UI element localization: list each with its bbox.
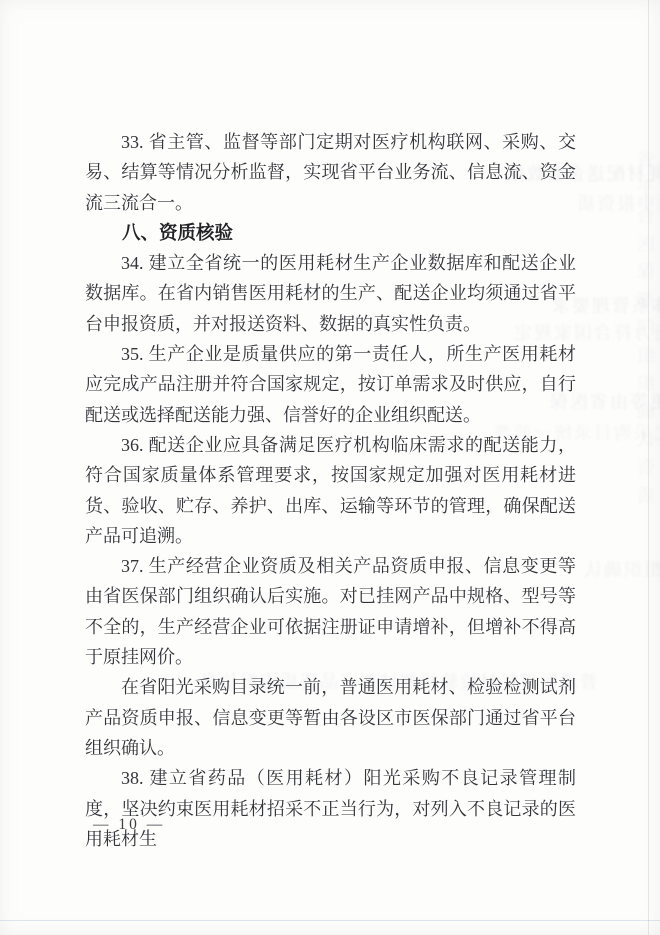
page-number: — 10 — xyxy=(93,816,165,834)
paragraph-35: 35. 生产企业是质量供应的第一责任人，所生产医用耗材应完成产品注册并符合国家规… xyxy=(85,339,576,430)
paragraph-37: 37. 生产经营企业资质及相关产品资质申报、信息变更等由省医保部门组织确认后实施… xyxy=(85,551,576,672)
paragraph-33: 33. 省主管、监督等部门定期对医疗机构联网、采购、交易、结算等情况分析监督，实… xyxy=(85,127,576,218)
paragraph-37-continuation: 在省阳光采购目录统一前，普通医用耗材、检验检测试剂产品资质申报、信息变更等暂由各… xyxy=(85,672,576,763)
document-page: 医用耗材配送企业数据 平台申报资质 质量体系管理要求 配送能力符合国家规定 信息… xyxy=(0,0,660,935)
bleedthrough-text: 省平台医保部门组织确认资质 xyxy=(634,150,660,514)
section-heading: 八、资质核验 xyxy=(85,218,576,248)
paragraph-36: 36. 配送企业应具备满足医疗机构临床需求的配送能力，符合国家质量体系管理要求，… xyxy=(85,430,576,551)
scan-edge-line-right xyxy=(648,0,649,935)
paragraph-38: 38. 建立省药品（医用耗材）阳光采购不良记录管理制度，坚决约束医用耗材招采不正… xyxy=(85,763,576,854)
document-body: 33. 省主管、监督等部门定期对医疗机构联网、采购、交易、结算等情况分析监督，实… xyxy=(85,127,576,854)
paragraph-34: 34. 建立全省统一的医用耗材生产企业数据库和配送企业数据库。在省内销售医用耗材… xyxy=(85,248,576,339)
scan-edge-line-bottom xyxy=(0,920,660,921)
